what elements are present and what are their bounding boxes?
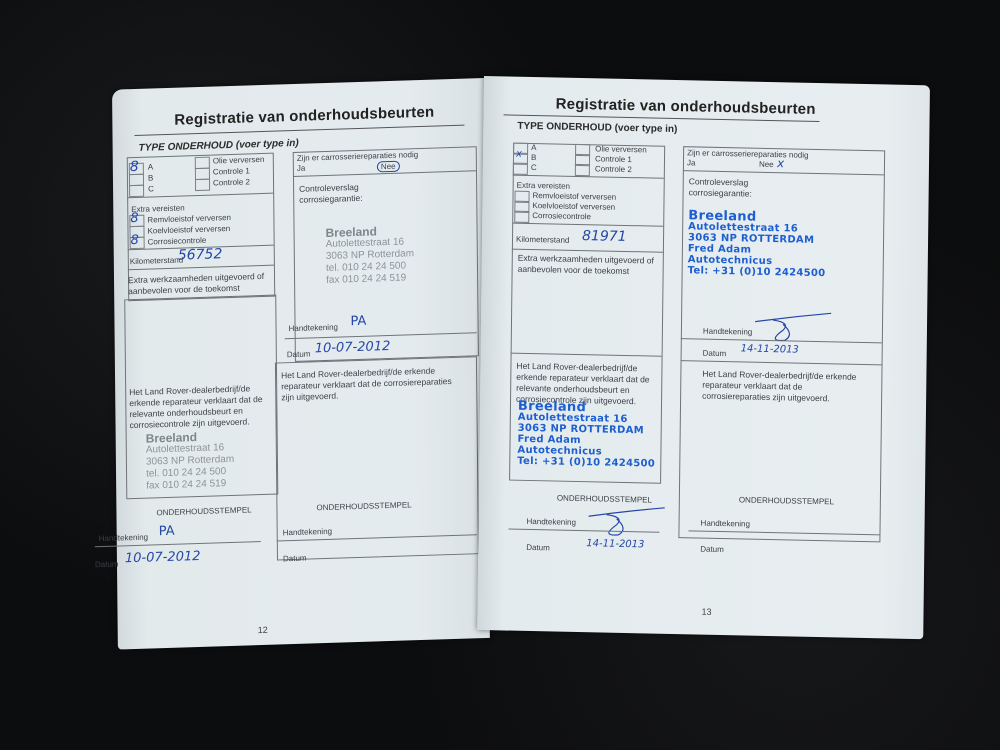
type-c-label: C [531,163,537,172]
extra-label: Extra vereisten [131,203,184,214]
date-label: Datum [703,349,727,358]
signature-label: Handtekening [99,533,148,544]
date-label: Datum [287,349,311,359]
date-value: 14-11-2013 [741,343,799,355]
date-value: 10-07-2012 [315,339,391,356]
oil-label: Olie verversen [595,144,647,154]
corrosion-label: Corrosiecontrole [532,211,591,221]
page-number: 12 [258,625,268,635]
nee-circled: Nee [377,161,400,173]
type-c-label: C [148,184,154,193]
corrosion-label: Corrosiecontrole [148,236,207,247]
ja-label: Ja [687,158,696,167]
dealer-stamp-grey: Breeland Autolettestraat 16 3063 NP Rott… [146,430,235,493]
stamp-label: ONDERHOUDSSTEMPEL [156,505,251,517]
report-label: Controleverslag corrosiegarantie: [299,180,409,205]
km-value: 56752 [178,246,223,263]
nee-label: Nee [759,160,774,169]
dealer-stamp-grey: Breeland Autolettestraat 16 3063 NP Rott… [326,224,415,287]
corrosion-mark: 8 [131,233,139,248]
signature-label: Handtekening [289,323,338,334]
date-label: Datum [283,554,307,564]
page-title: Registratie van onderhoudsbeurten [174,104,434,129]
check1-label: Controle 1 [213,166,250,176]
extra-work-label: Extra werkzaamheden uitgevoerd of aanbev… [128,271,268,297]
check2-label: Controle 2 [595,164,632,174]
declaration-body: Het Land Rover-dealerbedrijf/de erkende … [281,365,461,404]
signature-label: Handtekening [283,527,332,538]
km-label: Kilometerstand [516,235,569,245]
left-page: Registratie van onderhoudsbeurten TYPE O… [112,78,490,650]
nee-mark: x [777,156,784,170]
check2-label: Controle 2 [213,177,250,187]
type-label-text: TYPE ONDERHOUD (voer type in) [517,121,677,135]
declaration-service: Het Land Rover-dealerbedrijf/de erkende … [129,383,275,432]
right-page: Registratie van onderhoudsbeurten TYPE O… [477,76,930,639]
checkbox-type-c[interactable] [129,185,144,197]
date-label: Datum [526,543,550,552]
ja-label: Ja [297,164,306,173]
signature-label: Handtekening [703,327,752,337]
declaration-body: Het Land Rover-dealerbedrijf/de erkende … [702,369,872,406]
date-value: 10-07-2012 [125,549,201,566]
date-value: 14-11-2013 [586,538,644,550]
type-mark: 8 [130,159,139,175]
checkbox-type-c[interactable] [513,163,528,175]
type-b-label: B [531,153,536,162]
extra-label: Extra vereisten [517,181,570,191]
type-a-label: A [148,162,153,171]
signature-scribble [586,502,666,540]
dealer-stamp-blue: Breeland Autolettestraat 16 3063 NP ROTT… [688,210,827,279]
km-value: 81971 [582,228,627,245]
date-label: Datum [700,545,724,554]
date-label: Datum [95,560,119,570]
oil-label: Olie verversen [213,155,265,166]
signature-value: PA [350,314,366,329]
km-label: Kilometerstand [130,255,183,266]
type-label: TYPE ONDERHOUD (voer type in) [139,138,299,154]
type-mark: x [516,149,522,160]
signature-value: PA [159,524,175,539]
extra-work-label: Extra werkzaamheden uitgevoerd of aanbev… [518,253,660,278]
checkbox-check2[interactable] [195,179,210,191]
check1-label: Controle 1 [595,154,632,164]
dealer-stamp-blue: Breeland Autolettestraat 16 3063 NP ROTT… [517,401,656,470]
checkbox-corrosion[interactable] [514,211,529,223]
signature-label: Handtekening [701,519,750,529]
type-b-label: B [148,173,153,182]
checkbox-check2[interactable] [575,164,590,176]
signature-label: Handtekening [527,517,576,527]
report-label: Controleverslag corrosiegarantie: [689,176,809,201]
brake-mark: 8 [130,211,138,226]
type-a-label: A [531,143,536,152]
page-number: 13 [701,607,711,617]
brake-label: Remvloeistof verversen [532,191,616,202]
coolant-label: Koelvloeistof verversen [532,201,615,212]
page-title: Registratie van onderhoudsbeurten [556,96,816,118]
